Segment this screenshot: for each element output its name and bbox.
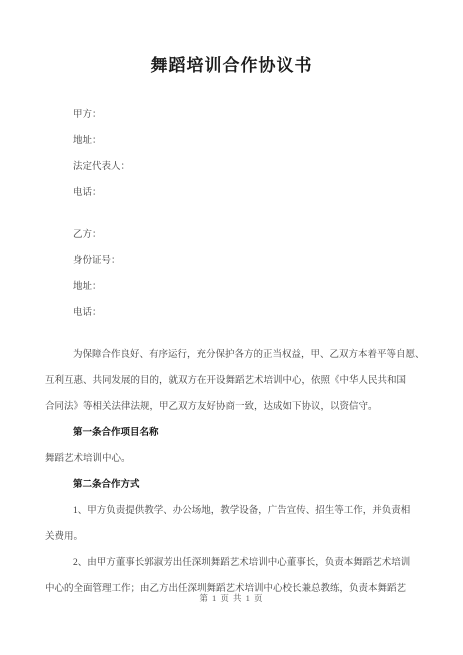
document-page: 舞蹈培训合作协议书 甲方：地址：法定代表人：电话：乙方：身份证号：地址：电话：为…: [0, 0, 463, 655]
paragraph-line: 2、由甲方董事长郭淑芳出任深圳舞蹈艺术培训中心董事长，负责本舞蹈艺术培训: [45, 550, 418, 576]
paragraph-gap: [45, 206, 418, 222]
paragraph-line: 互利互惠、共同发展的目的，就双方在开设舞蹈艺术培训中心，依照《中华人民共和国: [45, 368, 418, 394]
document-body: 甲方：地址：法定代表人：电话：乙方：身份证号：地址：电话：为保障合作良好、有序运…: [45, 102, 418, 602]
field-label-line: 电话：: [45, 300, 418, 326]
section-heading: 第一条合作项目名称: [45, 420, 418, 446]
field-label-line: 法定代表人：: [45, 154, 418, 180]
field-label-line: 电话：: [45, 180, 418, 206]
field-label-line: 乙方：: [45, 222, 418, 248]
section-heading: 第二条合作方式: [45, 472, 418, 498]
field-label-line: 地址：: [45, 128, 418, 154]
document-title: 舞蹈培训合作协议书: [0, 52, 463, 80]
page-footer: 第 1 页 共 1 页: [0, 592, 463, 605]
field-label-line: 身份证号：: [45, 248, 418, 274]
field-label-line: 甲方：: [45, 102, 418, 128]
paragraph-gap: [45, 326, 418, 342]
paragraph-line: 为保障合作良好、有序运行，充分保护各方的正当权益，甲、乙双方本着平等自愿、: [45, 342, 418, 368]
field-label-line: 地址：: [45, 274, 418, 300]
paragraph-line: 1、甲方负责提供教学、办公场地，教学设备，广告宣传、招生等工作，并负责相: [45, 498, 418, 524]
paragraph-line: 关费用。: [45, 524, 418, 550]
paragraph-line: 舞蹈艺术培训中心。: [45, 446, 418, 472]
paragraph-line: 合同法》等相关法律法规，甲乙双方友好协商一致，达成如下协议，以资信守。: [45, 394, 418, 420]
